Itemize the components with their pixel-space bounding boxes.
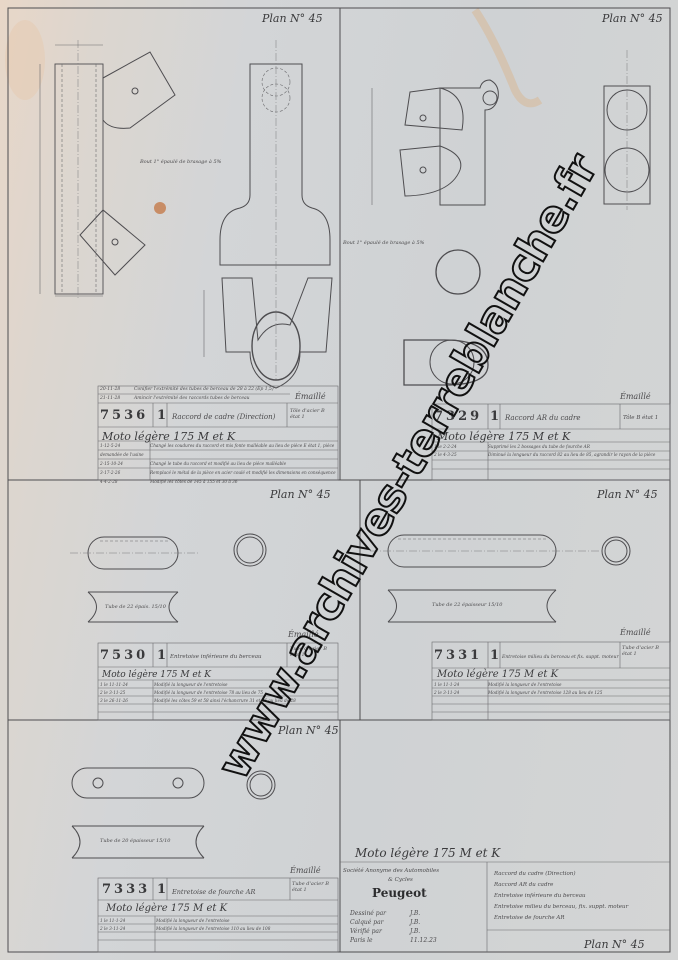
history-list: 1 le 11-1-24Modifié la longueur de l'ent…	[434, 681, 670, 697]
parts-list-item: Entretoise de fourche AR	[494, 913, 669, 924]
drawing-note: Bout 1° épaulé de brasage à 5%	[343, 240, 424, 246]
part-number: 7333	[102, 882, 150, 897]
company-name-2: & Cycles	[388, 877, 413, 883]
drawing-note: Tube de 22 épaisseur 15/10	[432, 602, 502, 608]
finish-label: Émaillé	[620, 628, 651, 637]
part-name: Entretoise inférieure du berceau	[170, 654, 262, 660]
title-model: Moto légère 175 M et K	[355, 846, 500, 860]
brand-logo: Peugeot	[372, 886, 427, 900]
signoff-list: Dessiné parJ.B. Calqué parJ.B. Vérifié p…	[350, 909, 480, 945]
history-row: 4-4-2-28Modifié les côtes de 145 à 155 e…	[100, 477, 338, 486]
plan-label-top-right: Plan N° 45	[602, 12, 663, 25]
quantity: 1	[157, 882, 166, 897]
part-name: Raccord AR du cadre	[505, 414, 581, 422]
history-row: 2 le 3-11-24Modifié la longueur de l'ent…	[434, 689, 670, 697]
part-number: 7536	[100, 408, 148, 423]
signoff-row: Vérifié parJ.B.	[350, 927, 480, 936]
signoff-row: Dessiné parJ.B.	[350, 909, 480, 918]
history-row: 1 le 11-1-24Modifié la longueur de l'ent…	[434, 681, 670, 689]
model-label: Moto légère 175 M et K	[437, 669, 558, 680]
revision-text: Amincir l'extrémité des raccords tubes d…	[134, 396, 250, 401]
revision-date: 21-11-28	[100, 396, 120, 401]
history-list: 1 le 2-2-24Supprimé les 2 bossages du tu…	[434, 443, 670, 459]
part-name: Entretoise de fourche AR	[172, 888, 255, 896]
history-row: 1-12-5-24Changé les coudures du raccord …	[100, 441, 338, 459]
parts-list-item: Raccord du cadre (Direction)	[494, 869, 669, 880]
signoff-row: Paris le11.12.23	[350, 936, 480, 945]
model-label: Moto légère 175 M et K	[102, 670, 211, 680]
drawing-sheet: Plan N° 45 Plan N° 45 Plan N° 45 Plan N°…	[0, 0, 678, 960]
history-list: 1 le 11-1-24Modifié la longueur de l'ent…	[100, 917, 338, 933]
history-row: 1 le 2-2-24Supprimé les 2 bossages du tu…	[434, 443, 670, 451]
material: Tube d'acier B état 1	[622, 645, 668, 657]
material: Tôle B état 1	[623, 415, 658, 421]
model-label: Moto légère 175 M et K	[106, 903, 227, 914]
part-number: 7530	[100, 648, 148, 663]
revision-text: Conifier l'extrémité des tubes de bercea…	[134, 387, 274, 392]
parts-list: Raccord du cadre (Direction) Raccord AR …	[494, 869, 669, 924]
drawing-note: Tube de 22 épais. 15/10	[105, 604, 166, 610]
part-name: Entretoise milieu du berceau et fix. sup…	[502, 655, 619, 660]
plan-label-middle-right: Plan N° 45	[597, 488, 658, 501]
history-row: 1 le 11-1-24Modifié la longueur de l'ent…	[100, 917, 338, 925]
finish-label: Émaillé	[290, 866, 321, 875]
material: Tôle d'acier B état 1	[290, 408, 336, 420]
drawing-note: Bout 1° épaulé de brasage à 5%	[140, 159, 221, 165]
plan-label-middle-left: Plan N° 45	[270, 488, 331, 501]
history-row: 2 le 3-11-24Modifié la longueur de l'ent…	[100, 925, 338, 933]
part-number: 7331	[434, 648, 482, 663]
quantity: 1	[490, 648, 499, 663]
plan-label-top-left: Plan N° 45	[262, 12, 323, 25]
part-name: Raccord de cadre (Direction)	[172, 413, 275, 421]
parts-list-item: Entretoise milieu du berceau, fix. suppt…	[494, 902, 669, 913]
company-name: Société Anonyme des Automobiles	[343, 868, 439, 874]
finish-label: Émaillé	[620, 392, 651, 401]
signoff-row: Calqué parJ.B.	[350, 918, 480, 927]
quantity: 1	[157, 408, 166, 423]
revision-date: 20-11-28	[100, 387, 120, 392]
history-row: 2 le 4-3-25Diminué la longueur du raccor…	[434, 451, 670, 459]
material: Tube d'acier B état 1	[292, 881, 336, 893]
parts-list-item: Entretoise inférieure du berceau	[494, 891, 669, 902]
history-row: 2-15-10-24Changé le tube du raccord et m…	[100, 459, 338, 468]
history-list: 1-12-5-24Changé les coudures du raccord …	[100, 441, 338, 486]
title-plan-label: Plan N° 45	[584, 938, 645, 951]
history-row: 3-17-2-26Remplacé le métal de la pièce e…	[100, 468, 338, 477]
quantity: 1	[490, 409, 499, 424]
finish-label: Émaillé	[295, 392, 326, 401]
drawing-note: Tube de 20 épaisseur 15/10	[100, 838, 170, 844]
parts-list-item: Raccord AR du cadre	[494, 880, 669, 891]
quantity: 1	[157, 648, 166, 663]
